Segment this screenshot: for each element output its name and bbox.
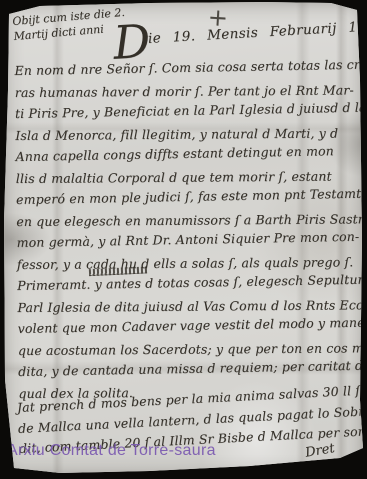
margin-note: Obijt cum iste die 2. Martij dicti anni — [12, 5, 127, 44]
handwritten-ink-layer: Obijt cum iste die 2. Martij dicti anni … — [0, 0, 367, 479]
manuscript-page: Obijt cum iste die 2. Martij dicti anni … — [0, 0, 367, 479]
archive-watermark: Arxiu Comtat de Torre-saura — [7, 442, 216, 460]
date-text: ie 19. Mensis Februarij 1777. — [148, 17, 367, 46]
body-line: En nom d nre Señor ſ. Com sia cosa serta… — [14, 54, 358, 82]
manuscript-scan: Obijt cum iste die 2. Martij dicti anni … — [0, 0, 367, 479]
testament-body: En nom d nre Señor ſ. Com sia cosa serta… — [14, 56, 362, 404]
